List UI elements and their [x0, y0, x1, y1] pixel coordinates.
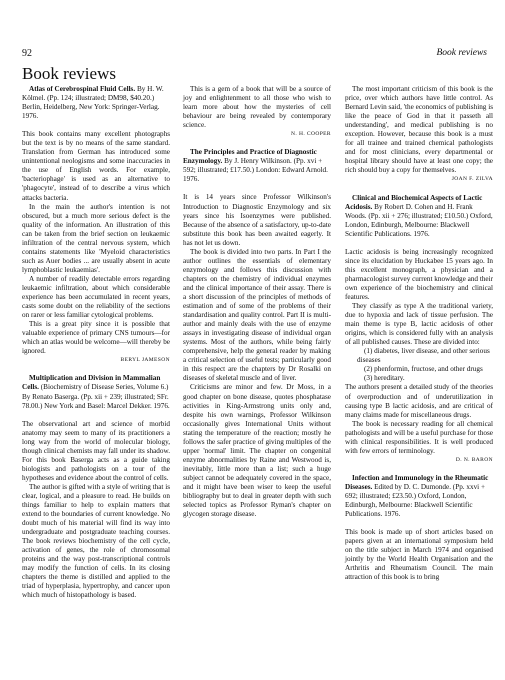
- reviewer-signature: N. H. COOPER: [183, 130, 331, 139]
- review-citation: Atlas of Cerebrospinal Fluid Cells. By H…: [22, 85, 170, 121]
- review-citation: Multiplication and Division in Mammalian…: [22, 374, 170, 410]
- column-3: The most important criticism of this boo…: [345, 85, 493, 582]
- review-paragraph: A number of readily detectable errors re…: [22, 275, 170, 320]
- review-paragraph: In the main the author's intention is no…: [22, 203, 170, 275]
- section-title: Book reviews: [22, 64, 116, 84]
- review-paragraph: This book is made up of short articles b…: [345, 528, 493, 582]
- page-number: 92: [22, 48, 32, 59]
- list-item: (3) hereditary.: [345, 374, 493, 383]
- review-paragraph: This is a great pity since it is possibl…: [22, 320, 170, 356]
- list-item: (2) phenformin, fructose, and other drug…: [345, 365, 493, 374]
- review-paragraph: This is a gem of a book that will be a s…: [183, 85, 331, 130]
- review-paragraph: Criticisms are minor and few. Dr Moss, i…: [183, 383, 331, 519]
- review-paragraph: This book contains many excellent photog…: [22, 130, 170, 202]
- review-paragraph: Lactic acidosis is being increasingly re…: [345, 248, 493, 302]
- review-paragraph: The authors present a detailed study of …: [345, 383, 493, 419]
- running-head: Book reviews: [436, 48, 487, 58]
- reviewer-signature: JOAN F. ZILVA: [345, 175, 493, 184]
- review-paragraph: The book is divided into two parts. In P…: [183, 248, 331, 384]
- review-citation: Infection and Immunology in the Rheumati…: [345, 474, 493, 519]
- review-citation: The Principles and Practice of Diagnosti…: [183, 148, 331, 184]
- reviewer-signature: D. N. BARON: [345, 456, 493, 465]
- book-title: Atlas of Cerebrospinal Fluid Cells.: [29, 85, 135, 93]
- reviewer-signature: BERYL JAMESON: [22, 356, 170, 365]
- column-1: Atlas of Cerebrospinal Fluid Cells. By H…: [22, 85, 170, 601]
- review-paragraph: They classify as type A the traditional …: [345, 302, 493, 347]
- book-details: (Biochemistry of Disease Series, Volume …: [22, 383, 170, 409]
- review-paragraph: The book is necessary reading for all ch…: [345, 420, 493, 456]
- review-paragraph: The author is gifted with a style of wri…: [22, 483, 170, 601]
- review-paragraph: It is 14 years since Professor Wilkinson…: [183, 193, 331, 247]
- list-item: (1) diabetes, liver disease, and other s…: [345, 347, 493, 365]
- column-2: This is a gem of a book that will be a s…: [183, 85, 331, 519]
- review-citation: Clinical and Biochemical Aspects of Lact…: [345, 194, 493, 239]
- review-paragraph: The most important criticism of this boo…: [345, 85, 493, 175]
- review-paragraph: The observational art and science of mor…: [22, 420, 170, 483]
